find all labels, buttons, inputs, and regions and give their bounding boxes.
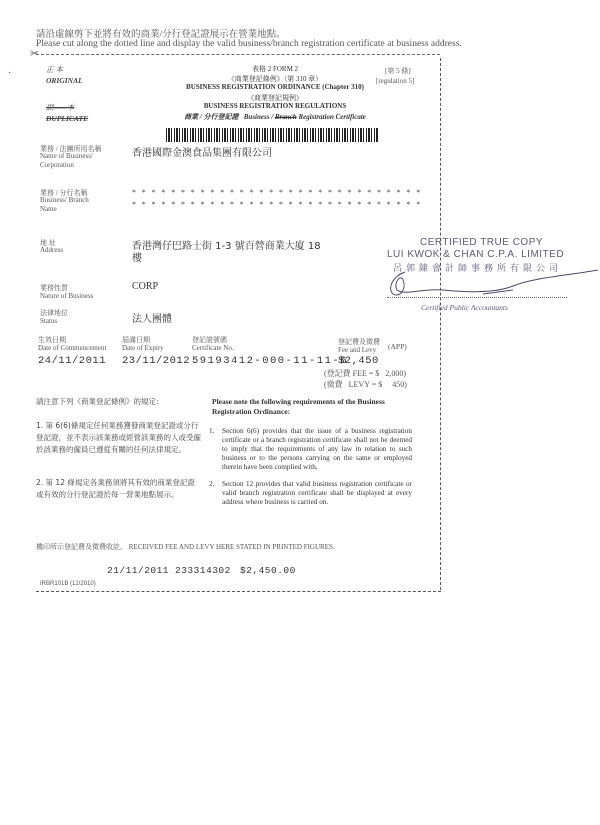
fee-breakdown-levy: (徵費 LEVY = $ 450) bbox=[324, 380, 407, 389]
cert-type-en-a: Business / bbox=[244, 113, 275, 121]
expiry-label-en: Date of Expiry bbox=[122, 344, 164, 353]
cert-type-en-branch: Branch bbox=[275, 113, 297, 121]
cut-line bbox=[36, 54, 440, 55]
regulation-ref-en: [regulation 5] bbox=[376, 77, 414, 85]
status-value: 法人團體 bbox=[132, 310, 172, 325]
certificate-number: 59193412-000-11-11-6 bbox=[192, 355, 348, 367]
receipt-date: 21/11/2011 bbox=[107, 565, 169, 576]
expiry-value: 23/11/2012 bbox=[122, 355, 190, 367]
notes-item-zh-1: 1. 第 6(6)條規定任何業務獲發商業登記證或分行登記證，並不表示該業務或經營… bbox=[36, 420, 201, 456]
cert-type-zh: 商業 / 分行登記證 bbox=[184, 113, 238, 121]
notes-item-en-1: Section 6(6) provides that the issue of … bbox=[222, 427, 412, 472]
regulation-ref-zh: [第 5 條] bbox=[385, 66, 411, 76]
nature-value: CORP bbox=[132, 281, 158, 292]
receipt-label: 機印所示登記費及徵費收訖。 RECEIVED FEE AND LEVY HERE… bbox=[36, 543, 335, 552]
address-label-en: Address bbox=[40, 246, 63, 255]
margin-mark: · bbox=[8, 68, 11, 79]
notes-item-en-2: Section 12 provides that valid business … bbox=[222, 480, 412, 507]
fee-breakdown-fee: (登記費 FEE = $ 2,000) bbox=[324, 369, 406, 378]
notes-heading-zh: 請注意下列《商業登記條例》的規定： bbox=[36, 396, 164, 408]
commencement-label-en: Date of Commencement bbox=[38, 344, 106, 353]
notes-heading-en: Please note the following requirements o… bbox=[212, 397, 412, 417]
certificate-type: 商業 / 分行登記證 Business / Branch Registratio… bbox=[160, 112, 390, 122]
notes-item-en-1-number: 1. bbox=[209, 427, 214, 436]
fee-label-en: Fee and Levy bbox=[338, 346, 376, 355]
address-value-2: 樓 bbox=[132, 249, 142, 264]
original-label-zh: 正 本 bbox=[46, 64, 63, 75]
barcode bbox=[166, 128, 379, 142]
nature-label-en: Nature of Business bbox=[40, 292, 93, 301]
branch-name-value-1: ****************************** bbox=[132, 188, 426, 197]
receipt-amount: $2,450.00 bbox=[240, 565, 296, 576]
receipt-label-zh: 機印所示登記費及徵費收訖。 bbox=[36, 543, 127, 551]
duplicate-label-zh: 副——本 bbox=[46, 102, 74, 113]
regulations-en: BUSINESS REGISTRATION REGULATIONS bbox=[160, 102, 390, 110]
fee-value: $2,450 bbox=[338, 355, 379, 367]
cert-type-en-c: Registration Certificate bbox=[297, 113, 366, 121]
form-number: 表格 2 FORM 2 bbox=[160, 64, 390, 74]
branch-name-value-2: ****************************** bbox=[132, 200, 426, 209]
business-name-value: 香港國際金澳食品集團有限公司 bbox=[132, 144, 272, 159]
stamp-firm-name-en: LUI KWOK & CHAN C.P.A. LIMITED bbox=[387, 249, 564, 260]
address-value-1: 香港灣仔巴路士街 1-3 號百營商業大廈 18 bbox=[132, 237, 321, 252]
form-code: IRBR101B (12/2010) bbox=[40, 580, 96, 589]
cut-instruction-zh: 請沿虛線剪下並將有效的商業/分行登記證展示在營業地點。 bbox=[36, 26, 286, 40]
stamp-signature-line bbox=[387, 297, 567, 298]
cut-instruction-en: Please cut along the dotted line and dis… bbox=[36, 39, 462, 49]
certificate-right-border bbox=[440, 58, 441, 590]
receipt-label-en: RECEIVED FEE AND LEVY HERE STATED IN PRI… bbox=[129, 543, 335, 551]
certificate-bottom-border bbox=[36, 591, 441, 592]
duplicate-label-en: DUPLICATE bbox=[46, 114, 88, 123]
status-label-en: Status bbox=[40, 317, 57, 326]
signature-icon bbox=[383, 268, 600, 300]
stamp-cpa-label: Certified Public Accountants bbox=[421, 303, 508, 312]
name-label-en: Name of Business/ Corporation bbox=[40, 152, 110, 170]
commencement-value: 24/11/2011 bbox=[38, 355, 106, 367]
notes-item-en-2-number: 2. bbox=[209, 480, 214, 489]
notes-item-zh-2: 2. 第 12 條規定各業務須將其有效的商業登記證或有效的分行登記證於每一營業地… bbox=[36, 477, 201, 501]
receipt-number: 233314302 bbox=[175, 565, 231, 576]
certno-label-en: Certificate No. bbox=[192, 344, 234, 353]
original-label-en: ORIGINAL bbox=[46, 76, 83, 85]
stamp-certified-true-copy: CERTIFIED TRUE COPY bbox=[420, 237, 543, 248]
branch-label-en: Business/ Branch Name bbox=[40, 196, 90, 214]
ordinance-en: BUSINESS REGISTRATION ORDINANCE (Chapter… bbox=[160, 83, 390, 91]
fee-app-code: (APP) bbox=[388, 342, 407, 351]
